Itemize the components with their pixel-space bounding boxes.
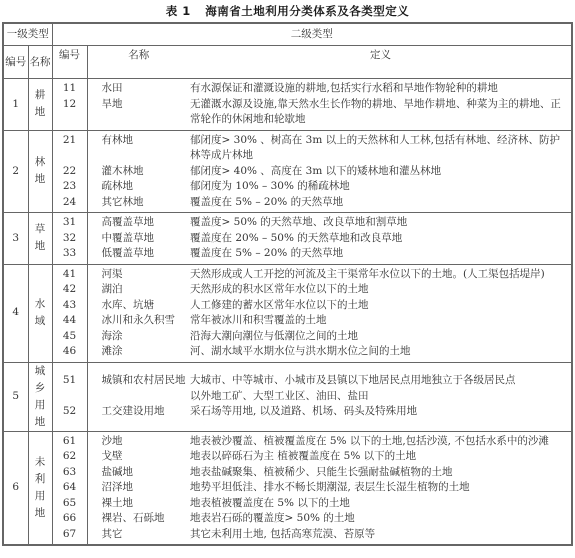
subtype-code xyxy=(53,148,87,164)
subtype-name: 疏林地 xyxy=(102,179,191,195)
subtype-names: 沙地戈壁盐碱地沼泽地裸土地裸岩、石砾地其它 xyxy=(87,431,190,545)
group-name-char: 地 xyxy=(29,505,52,522)
subtype-code: 66 xyxy=(53,511,87,527)
header-l2-name: 名称 xyxy=(87,46,190,79)
subtype-definition-line: 沿海大潮向潮位与低潮位之间的土地 xyxy=(190,329,571,345)
subtype-definition-line: 覆盖度在 5% – 20% 的天然草地 xyxy=(190,195,571,211)
subtype-codes: 5152 xyxy=(52,362,87,431)
subtype-code: 24 xyxy=(53,195,87,211)
subtype-definition-line: 覆盖度> 50% 的天然草地、改良草地和割草地 xyxy=(190,215,571,231)
subtype-code: 51 xyxy=(53,373,87,389)
subtype-code: 64 xyxy=(53,480,87,496)
subtype-name: 裸岩、石砾地 xyxy=(102,511,191,527)
subtype-name: 裸土地 xyxy=(102,496,191,512)
subtype-name: 高覆盖草地 xyxy=(102,215,191,231)
subtype-name xyxy=(102,148,191,164)
subtype-code: 32 xyxy=(53,231,87,247)
header-l1-code: 编号 xyxy=(3,46,28,79)
subtype-definition-line: 覆盖度在 20% – 50% 的天然草地和改良草地 xyxy=(190,231,571,247)
subtype-definition-line: 有水源保证和灌溉设施的耕地,包括实行水稻和旱地作物轮种的耕地 xyxy=(190,81,571,97)
table-caption: 表 1 海南省土地利用分类体系及各类型定义 xyxy=(0,3,575,19)
header-level1: 一级类型 xyxy=(3,23,52,46)
subtype-definition-line: 地表植被覆盖度在 5% 以下的土地 xyxy=(190,496,571,512)
subtype-name: 湖泊 xyxy=(102,282,191,298)
table-row-group-6: 6未利用地61626364656667沙地戈壁盐碱地沼泽地裸土地裸岩、石砾地其它… xyxy=(3,431,572,545)
group-name-char: 地 xyxy=(29,238,52,255)
group-code: 1 xyxy=(3,79,28,131)
group-code: 5 xyxy=(3,362,28,431)
group-name-char: 用 xyxy=(29,397,52,414)
group-name-char: 未 xyxy=(29,454,52,471)
subtype-code: 46 xyxy=(53,344,87,360)
group-name-char: 域 xyxy=(29,313,52,330)
subtype-code: 22 xyxy=(53,164,87,180)
subtype-code: 21 xyxy=(53,133,87,149)
subtype-definition-line: 常轮作的休闲地和轮歇地 xyxy=(190,112,571,128)
group-code: 6 xyxy=(3,431,28,545)
group-code: 2 xyxy=(3,130,28,213)
subtype-name: 其它 xyxy=(102,527,191,543)
subtype-codes: 414243444546 xyxy=(52,264,87,362)
table-row-group-5: 5城乡用地5152城镇和农村居民地工交建设用地大城市、中等城市、小城市及县镇以下… xyxy=(3,362,572,431)
subtype-code: 65 xyxy=(53,496,87,512)
subtype-code xyxy=(53,389,87,405)
subtype-name: 中覆盖草地 xyxy=(102,231,191,247)
subtype-name: 城镇和农村居民地 xyxy=(102,373,191,389)
subtype-definition-line: 常年被冰川和积雪覆盖的土地 xyxy=(190,313,571,329)
subtype-name: 盐碱地 xyxy=(102,465,191,481)
group-name-char: 地 xyxy=(29,171,52,188)
subtype-code: 62 xyxy=(53,449,87,465)
subtype-name: 河渠 xyxy=(102,267,191,283)
group-name-char: 乡 xyxy=(29,380,52,397)
subtype-code xyxy=(53,112,87,128)
subtype-codes: 21222324 xyxy=(52,130,87,213)
subtype-definition-line: 天然形成或人工开挖的河流及主干渠常年水位以下的土地。(人工渠包括堤岸) xyxy=(190,267,571,283)
subtype-definition-line: 大城市、中等城市、小城市及县镇以下地居民点用地独立于各级居民点 xyxy=(190,373,571,389)
group-code: 3 xyxy=(3,213,28,265)
table-row-group-3: 3草地313233高覆盖草地中覆盖草地低覆盖草地覆盖度> 50% 的天然草地、改… xyxy=(3,213,572,265)
subtype-code: 11 xyxy=(53,81,87,97)
subtype-code: 63 xyxy=(53,465,87,481)
subtype-code: 67 xyxy=(53,527,87,543)
group-name-char: 地 xyxy=(29,104,52,121)
subtype-definitions: 天然形成或人工开挖的河流及主干渠常年水位以下的土地。(人工渠包括堤岸)天然形成的… xyxy=(190,264,572,362)
subtype-name: 水田 xyxy=(102,81,191,97)
subtype-definition-line: 郁闭度为 10% – 30% 的稀疏林地 xyxy=(190,179,571,195)
subtype-codes: 313233 xyxy=(52,213,87,265)
subtype-definition-line: 地势平坦低洼、排水不畅长期潮湿, 表层生长湿生植物的土地 xyxy=(190,480,571,496)
subtype-code: 61 xyxy=(53,434,87,450)
group-name: 城乡用地 xyxy=(28,362,52,431)
subtype-definition-line: 其它未利用土地, 包括高寒荒漠、苔原等 xyxy=(190,527,571,543)
land-use-classification-table: 一级类型 二级类型 编号 名称 编号 名称 定义 1耕地1112水田旱地有水源保… xyxy=(2,22,573,546)
subtype-definition-line: 以外地工矿、大型工业区、油田、盐田 xyxy=(190,389,571,405)
subtype-code: 44 xyxy=(53,313,87,329)
subtype-definitions: 地表被沙覆盖、植被覆盖度在 5% 以下的土地,包括沙漠, 不包括水系中的沙滩地表… xyxy=(190,431,572,545)
group-name-char: 耕 xyxy=(29,87,52,104)
group-name-char: 水 xyxy=(29,296,52,313)
subtype-definition-line: 地表岩石砾的覆盖度> 50% 的土地 xyxy=(190,511,571,527)
subtype-definitions: 覆盖度> 50% 的天然草地、改良草地和割草地覆盖度在 20% – 50% 的天… xyxy=(190,213,572,265)
subtype-names: 高覆盖草地中覆盖草地低覆盖草地 xyxy=(87,213,190,265)
header-l2-def: 定义 xyxy=(190,46,572,79)
group-name: 水域 xyxy=(28,264,52,362)
subtype-definition-line: 无灌溉水源及设施,靠天然水生长作物的耕地、旱地作耕地、种菜为主的耕地、正 xyxy=(190,97,571,113)
table-number: 表 1 xyxy=(166,4,191,18)
subtype-name: 冰川和永久积雪 xyxy=(102,313,191,329)
subtype-name: 有林地 xyxy=(102,133,191,149)
subtype-name: 其它林地 xyxy=(102,195,191,211)
subtype-code: 42 xyxy=(53,282,87,298)
header-level2: 二级类型 xyxy=(52,23,572,46)
subtype-names: 城镇和农村居民地工交建设用地 xyxy=(87,362,190,431)
subtype-names: 水田旱地 xyxy=(87,79,190,131)
subtype-definition-line: 地表被沙覆盖、植被覆盖度在 5% 以下的土地,包括沙漠, 不包括水系中的沙滩 xyxy=(190,434,571,450)
subtype-definition-line: 郁闭度> 30% 、树高在 3m 以上的天然林和人工林,包括有林地、经济林、防护 xyxy=(190,133,571,149)
subtype-code: 23 xyxy=(53,179,87,195)
subtype-name: 海涂 xyxy=(102,329,191,345)
subtype-definition-line: 地表以碎砾石为主 植被覆盖度在 5% 以下的土地 xyxy=(190,449,571,465)
group-name: 未利用地 xyxy=(28,431,52,545)
subtype-code: 43 xyxy=(53,298,87,314)
subtype-codes: 1112 xyxy=(52,79,87,131)
table-row-group-1: 1耕地1112水田旱地有水源保证和灌溉设施的耕地,包括实行水稻和旱地作物轮种的耕… xyxy=(3,79,572,131)
subtype-definition-line: 林等成片林地 xyxy=(190,148,571,164)
subtype-names: 河渠湖泊水库、坑塘冰川和永久积雪海涂滩涂 xyxy=(87,264,190,362)
subtype-definition-line: 天然形成的积水区常年水位以下的土地 xyxy=(190,282,571,298)
group-name: 林地 xyxy=(28,130,52,213)
subtype-name: 旱地 xyxy=(102,97,191,113)
group-name: 草地 xyxy=(28,213,52,265)
table-row-group-4: 4水域414243444546河渠湖泊水库、坑塘冰川和永久积雪海涂滩涂天然形成或… xyxy=(3,264,572,362)
subtype-definitions: 郁闭度> 30% 、树高在 3m 以上的天然林和人工林,包括有林地、经济林、防护… xyxy=(190,130,572,213)
group-name-char: 地 xyxy=(29,414,52,431)
subtype-name xyxy=(102,112,191,128)
subtype-name: 沼泽地 xyxy=(102,480,191,496)
subtype-name: 沙地 xyxy=(102,434,191,450)
table-title: 海南省土地利用分类体系及各类型定义 xyxy=(205,4,409,18)
group-name-char: 林 xyxy=(29,154,52,171)
subtype-code: 45 xyxy=(53,329,87,345)
subtype-definition-line: 人工修建的蓄水区常年水位以下的土地 xyxy=(190,298,571,314)
subtype-name: 滩涂 xyxy=(102,344,191,360)
subtype-name: 戈壁 xyxy=(102,449,191,465)
subtype-definition-line: 地表盐碱聚集、植被稀少、只能生长强耐盐碱植物的土地 xyxy=(190,465,571,481)
subtype-code: 41 xyxy=(53,267,87,283)
subtype-name xyxy=(102,389,191,405)
subtype-definition-line: 覆盖度在 5% – 20% 的天然草地 xyxy=(190,246,571,262)
subtype-definitions: 大城市、中等城市、小城市及县镇以下地居民点用地独立于各级居民点以外地工矿、大型工… xyxy=(190,362,572,431)
header-l2-code: 编号 xyxy=(52,46,87,79)
subtype-codes: 61626364656667 xyxy=(52,431,87,545)
subtype-names: 有林地灌木林地疏林地其它林地 xyxy=(87,130,190,213)
subtype-definition-line: 采石场等用地, 以及道路、机场、码头及特殊用地 xyxy=(190,404,571,420)
subtype-code: 31 xyxy=(53,215,87,231)
subtype-definitions: 有水源保证和灌溉设施的耕地,包括实行水稻和旱地作物轮种的耕地无灌溉水源及设施,靠… xyxy=(190,79,572,131)
group-name-char: 草 xyxy=(29,221,52,238)
subtype-code: 12 xyxy=(53,97,87,113)
subtype-name: 低覆盖草地 xyxy=(102,246,191,262)
group-code: 4 xyxy=(3,264,28,362)
group-name-char: 用 xyxy=(29,488,52,505)
group-name-char: 利 xyxy=(29,471,52,488)
group-name: 耕地 xyxy=(28,79,52,131)
subtype-name: 灌木林地 xyxy=(102,164,191,180)
subtype-name: 水库、坑塘 xyxy=(102,298,191,314)
subtype-definition-line: 河、湖水域平水期水位与洪水期水位之间的土地 xyxy=(190,344,571,360)
subtype-definition-line: 郁闭度> 40% 、高度在 3m 以下的矮林地和灌丛林地 xyxy=(190,164,571,180)
group-name-char: 城 xyxy=(29,363,52,380)
subtype-name: 工交建设用地 xyxy=(102,404,191,420)
subtype-code: 33 xyxy=(53,246,87,262)
subtype-code: 52 xyxy=(53,404,87,420)
table-row-group-2: 2林地21222324有林地灌木林地疏林地其它林地郁闭度> 30% 、树高在 3… xyxy=(3,130,572,213)
header-l1-name: 名称 xyxy=(28,46,52,79)
